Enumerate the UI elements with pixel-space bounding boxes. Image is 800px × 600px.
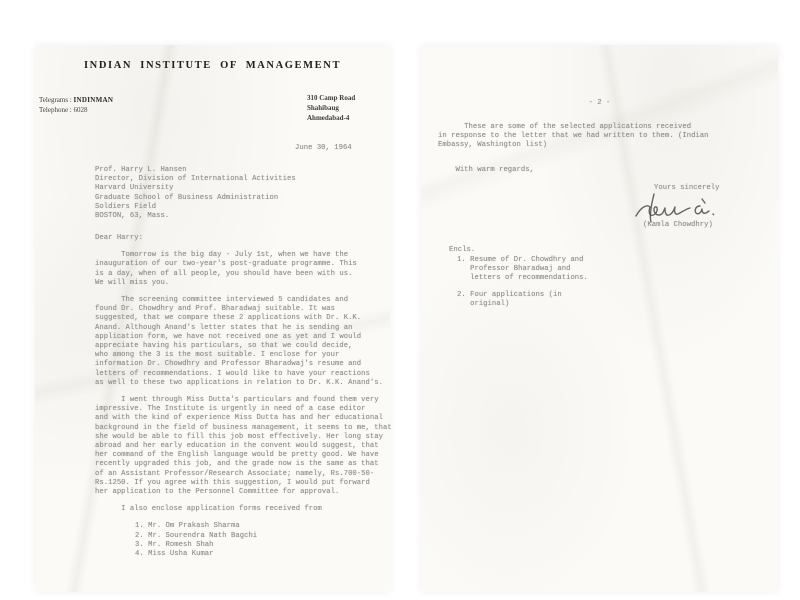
telegrams-label: Telegrams : <box>39 96 74 104</box>
letter-body: Dear Harry: Tomorrow is the big day - Ju… <box>95 234 392 567</box>
scanned-letter-view: INDIAN INSTITUTE OF MANAGEMENT Telegrams… <box>0 0 800 600</box>
telephone-label: Telephone : <box>39 106 74 114</box>
letterhead-address: 310 Camp Road Shahibaug Ahmedabad-4 <box>307 93 355 123</box>
letter-date: June 30, 1964 <box>295 144 352 153</box>
letterhead-institute-name: INDIAN INSTITUTE OF MANAGEMENT <box>35 60 390 71</box>
telephone-value: 6028 <box>74 106 88 114</box>
salutation: Dear Harry: <box>95 234 392 243</box>
signed-name: (Kamla Chowdhry) <box>643 221 713 230</box>
page-number: - 2 - <box>421 99 778 108</box>
paragraph-2: The screening committee interviewed 5 ca… <box>95 296 392 388</box>
applicant-list: 1. Mr. Om Prakash Sharma 2. Mr. Sourendr… <box>135 522 392 559</box>
recipient-address-block: Prof. Harry L. Hansen Director, Division… <box>95 166 296 221</box>
paragraph-4: I also enclose application forms receive… <box>95 505 392 514</box>
telegrams-line: Telegrams : INDINMAN <box>39 95 113 105</box>
paragraph-3: I went through Miss Dutta's particulars … <box>95 396 392 497</box>
enclosure-item-2: 2. Four applications (in original) <box>457 291 562 309</box>
telegrams-value: INDINMAN <box>74 96 114 104</box>
letter-page-2: - 2 - These are some of the selected app… <box>421 45 778 592</box>
enclosures-label: Encls. <box>449 246 475 255</box>
letter-page-1: INDIAN INSTITUTE OF MANAGEMENT Telegrams… <box>35 45 390 592</box>
telephone-line: Telephone : 6028 <box>39 105 113 115</box>
paragraph-1: Tomorrow is the big day - July 1st, when… <box>95 251 392 288</box>
closing-paragraph: These are some of the selected applicati… <box>438 123 709 151</box>
enclosure-item-1: 1. Resume of Dr. Chowdhry and Professor … <box>457 256 588 284</box>
warm-regards-line: With warm regards, <box>438 166 534 175</box>
letterhead-contact-block: Telegrams : INDINMAN Telephone : 6028 <box>39 95 113 115</box>
